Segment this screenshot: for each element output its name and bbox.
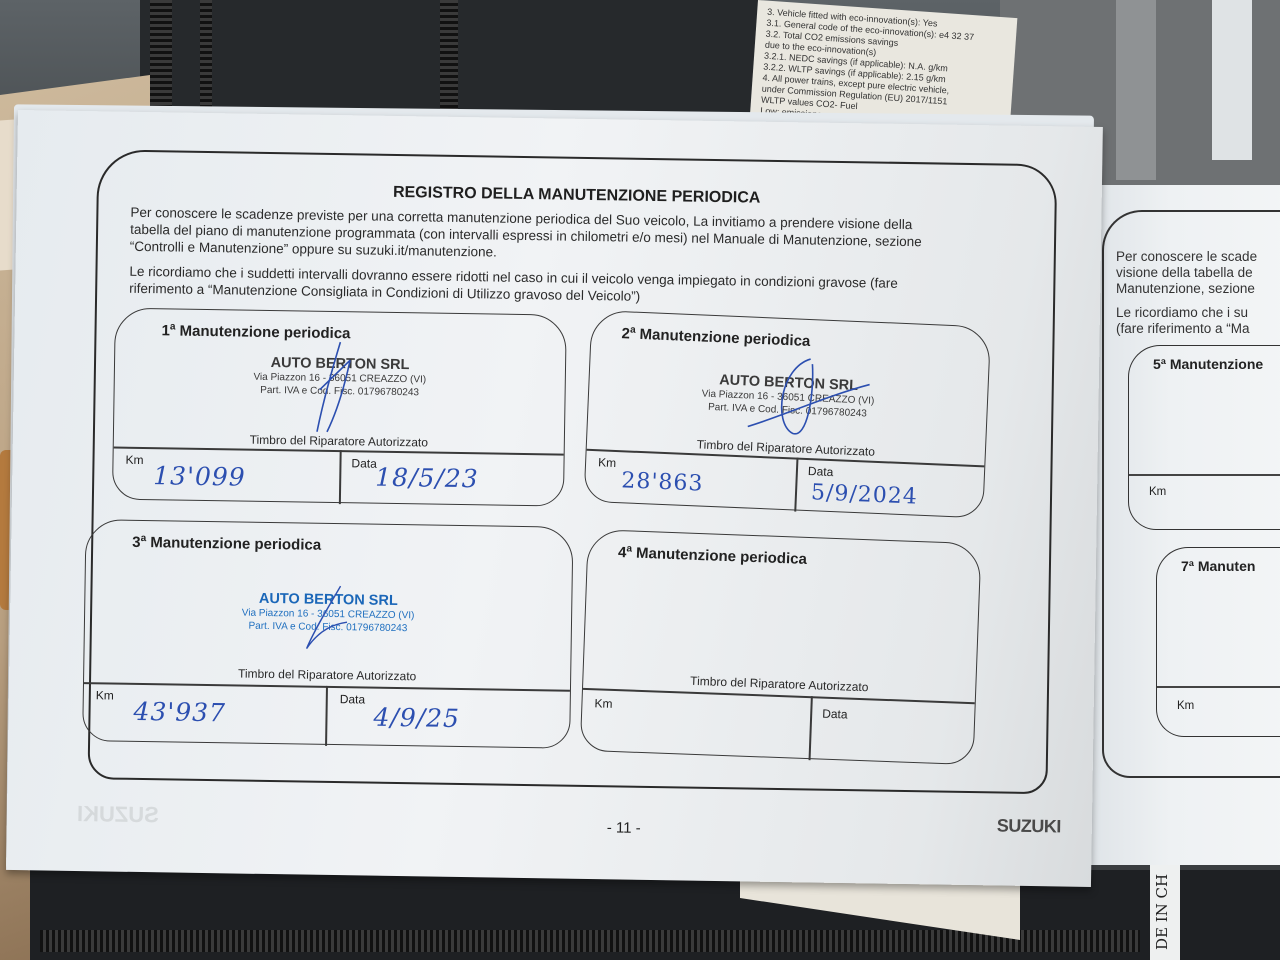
- entry-box-5: 5ª Manutenzione T Km: [1128, 345, 1280, 530]
- intro-paragraph: Le ricordiamo che i suddetti intervalli …: [129, 263, 929, 310]
- km-value: 13'099: [153, 461, 246, 491]
- km-value: 43'937: [133, 697, 226, 727]
- workshop-stamp: AUTO BERTON SRL Via Piazzon 16 - 36051 C…: [115, 353, 566, 402]
- stamp-caption: Timbro del Riparatore Autorizzato: [587, 433, 985, 464]
- entry-title: 5ª Manutenzione: [1153, 356, 1263, 372]
- maintenance-entry-3: 3a Manutenzione periodica AUTO BERTON SR…: [82, 519, 573, 749]
- date-label: Data: [808, 464, 834, 479]
- page-frame: REGISTRO DELLA MANUTENZIONE PERIODICA Pe…: [87, 149, 1057, 794]
- km-label: Km: [1149, 486, 1166, 498]
- date-label: Data: [340, 692, 366, 706]
- right-intro-line: Manutenzione, sezione: [1116, 281, 1255, 297]
- km-label: Km: [598, 455, 617, 470]
- page-number: - 11 -: [607, 819, 641, 837]
- intro-text: Per conoscere le scadenze previste per u…: [129, 204, 930, 318]
- right-page: Per conoscere le scade visione della tab…: [1090, 185, 1280, 865]
- entry-title: 1a Manutenzione periodica: [161, 321, 350, 342]
- right-intro-line: Per conoscere le scade: [1116, 249, 1257, 265]
- right-intro-line: (fare riferimento a “Ma: [1116, 321, 1250, 337]
- entry-title: 7ª Manuten: [1181, 558, 1255, 574]
- maintenance-entry-4: 4a Manutenzione periodica Timbro del Rip…: [580, 529, 982, 765]
- date-value: 5/9/2024: [811, 480, 919, 509]
- intro-paragraph: Per conoscere le scadenze previste per u…: [130, 204, 931, 268]
- zipper: [200, 0, 212, 120]
- background-strip: [1116, 0, 1156, 180]
- stamp-caption: Timbro del Riparatore Autorizzato: [583, 670, 975, 698]
- entry-title: 4a Manutenzione periodica: [618, 543, 807, 568]
- km-value: 28'863: [621, 468, 704, 496]
- divider: [1129, 474, 1280, 476]
- entry-box-7: 7ª Manuten Km: [1156, 547, 1280, 737]
- zipper: [440, 0, 458, 120]
- maintenance-entry-1: 1a Manutenzione periodica AUTO BERTON SR…: [112, 308, 567, 507]
- maintenance-register-page: REGISTRO DELLA MANUTENZIONE PERIODICA Pe…: [6, 110, 1103, 887]
- km-field[interactable]: Km: [594, 696, 613, 711]
- date-label: Data: [351, 456, 377, 470]
- date-value: 18/5/23: [375, 463, 479, 494]
- zipper: [150, 0, 172, 120]
- date-field[interactable]: Data: [822, 707, 848, 722]
- entry-title: 2a Manutenzione periodica: [621, 324, 811, 350]
- km-label: Km: [125, 453, 143, 467]
- divider: [794, 458, 798, 512]
- km-label: Km: [96, 688, 114, 702]
- zipper-bottom: [40, 930, 1140, 952]
- workshop-stamp: AUTO BERTON SRL Via Piazzon 16 - 36051 C…: [85, 588, 572, 638]
- workshop-stamp: AUTO BERTON SRL Via Piazzon 16 - 36051 C…: [588, 367, 987, 426]
- date-value: 4/9/25: [373, 703, 460, 733]
- maintenance-entry-2: 2a Manutenzione periodica AUTO BERTON SR…: [583, 310, 991, 519]
- km-label: Km: [1177, 700, 1194, 712]
- spine-label-text: DE IN CH: [1153, 874, 1171, 950]
- right-intro-line: visione della tabella de: [1116, 265, 1253, 281]
- entry-title: 3a Manutenzione periodica: [132, 533, 321, 554]
- suzuki-logo: SUZUKI: [997, 815, 1061, 837]
- right-intro-line: Le ricordiamo che i su: [1116, 305, 1248, 321]
- divider: [325, 686, 327, 746]
- show-through-brand: SUZUKI: [77, 801, 159, 828]
- spine-label: DE IN CH: [1150, 850, 1180, 960]
- background-light-strip: [1212, 0, 1252, 160]
- divider: [339, 450, 341, 504]
- divider: [809, 696, 813, 760]
- divider: [1157, 686, 1280, 688]
